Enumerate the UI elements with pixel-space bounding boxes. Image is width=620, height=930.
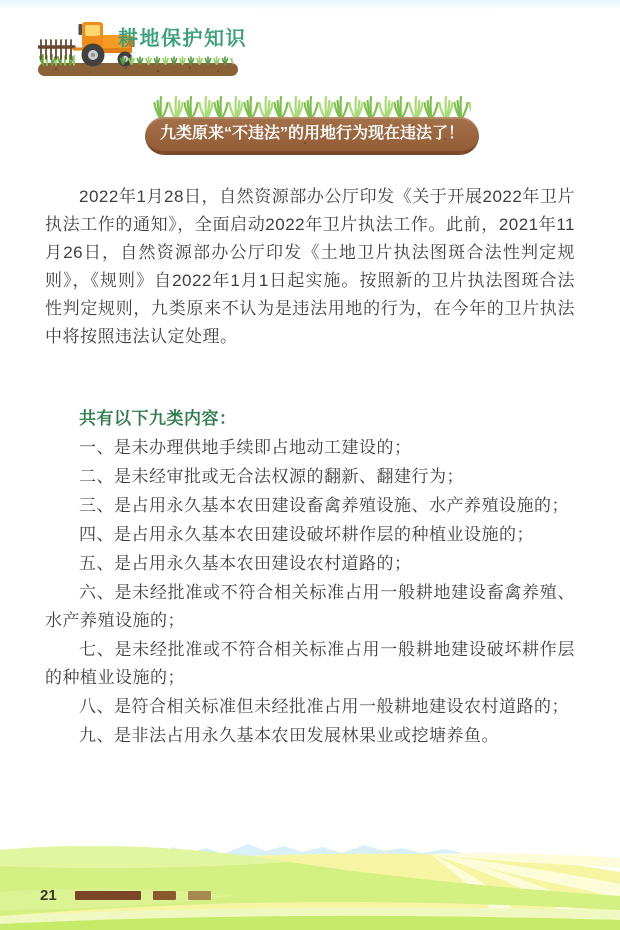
title-banner: 九类原来“不违法”的用地行为现在违法了！ (145, 94, 479, 155)
page-header: 耕地保护知识 (30, 20, 238, 76)
list-item: 九、是非法占用永久基本农田发展林果业或挖塘养鱼。 (45, 722, 575, 750)
list-heading: 共有以下九类内容： (45, 405, 575, 433)
list-item: 七、是未经批准或不符合相关标准占用一般耕地建设破坏耕作层的种植业设施的； (45, 636, 575, 692)
field-landscape-illustration (0, 818, 620, 930)
list-item: 一、是未办理供地手续即占地动工建设的； (45, 434, 575, 462)
list-item: 三、是占用永久基本农田建设畜禽养殖设施、水产养殖设施的； (45, 492, 575, 520)
list-item: 五、是占用永久基本农田建设农村道路的； (45, 550, 575, 578)
page-number: 21 (40, 887, 57, 904)
page-footer: 21 (0, 818, 620, 930)
banner-title: 九类原来“不违法”的用地行为现在违法了！ (160, 125, 464, 142)
footer-dash-light (188, 891, 211, 900)
list-item: 八、是符合相关标准但未经批准占用一般耕地建设农村道路的； (45, 693, 575, 721)
list-item: 二、是未经审批或无合法权源的翻新、翻建行为； (45, 463, 575, 491)
footer-dash-medium (153, 891, 176, 900)
page-number-row: 21 (40, 887, 211, 904)
list-item: 六、是未经批准或不符合相关标准占用一般耕地建设畜禽养殖、水产养殖设施的； (45, 579, 575, 635)
article: 2022年1月28日，自然资源部办公厅印发《关于开展2022年卫片执法工作的通知… (45, 183, 575, 750)
list-item: 四、是占用永久基本农田建设破坏耕作层的种植业设施的； (45, 521, 575, 549)
banner-plate: 九类原来“不违法”的用地行为现在违法了！ (145, 117, 479, 155)
booklet-page: 耕地保护知识 (0, 0, 620, 930)
intro-paragraph: 2022年1月28日，自然资源部办公厅印发《关于开展2022年卫片执法工作的通知… (45, 183, 575, 351)
page-top-tint (0, 0, 620, 10)
sprout-row-icon (119, 53, 233, 65)
footer-dash-long (75, 891, 141, 900)
header-title: 耕地保护知识 (118, 22, 247, 51)
